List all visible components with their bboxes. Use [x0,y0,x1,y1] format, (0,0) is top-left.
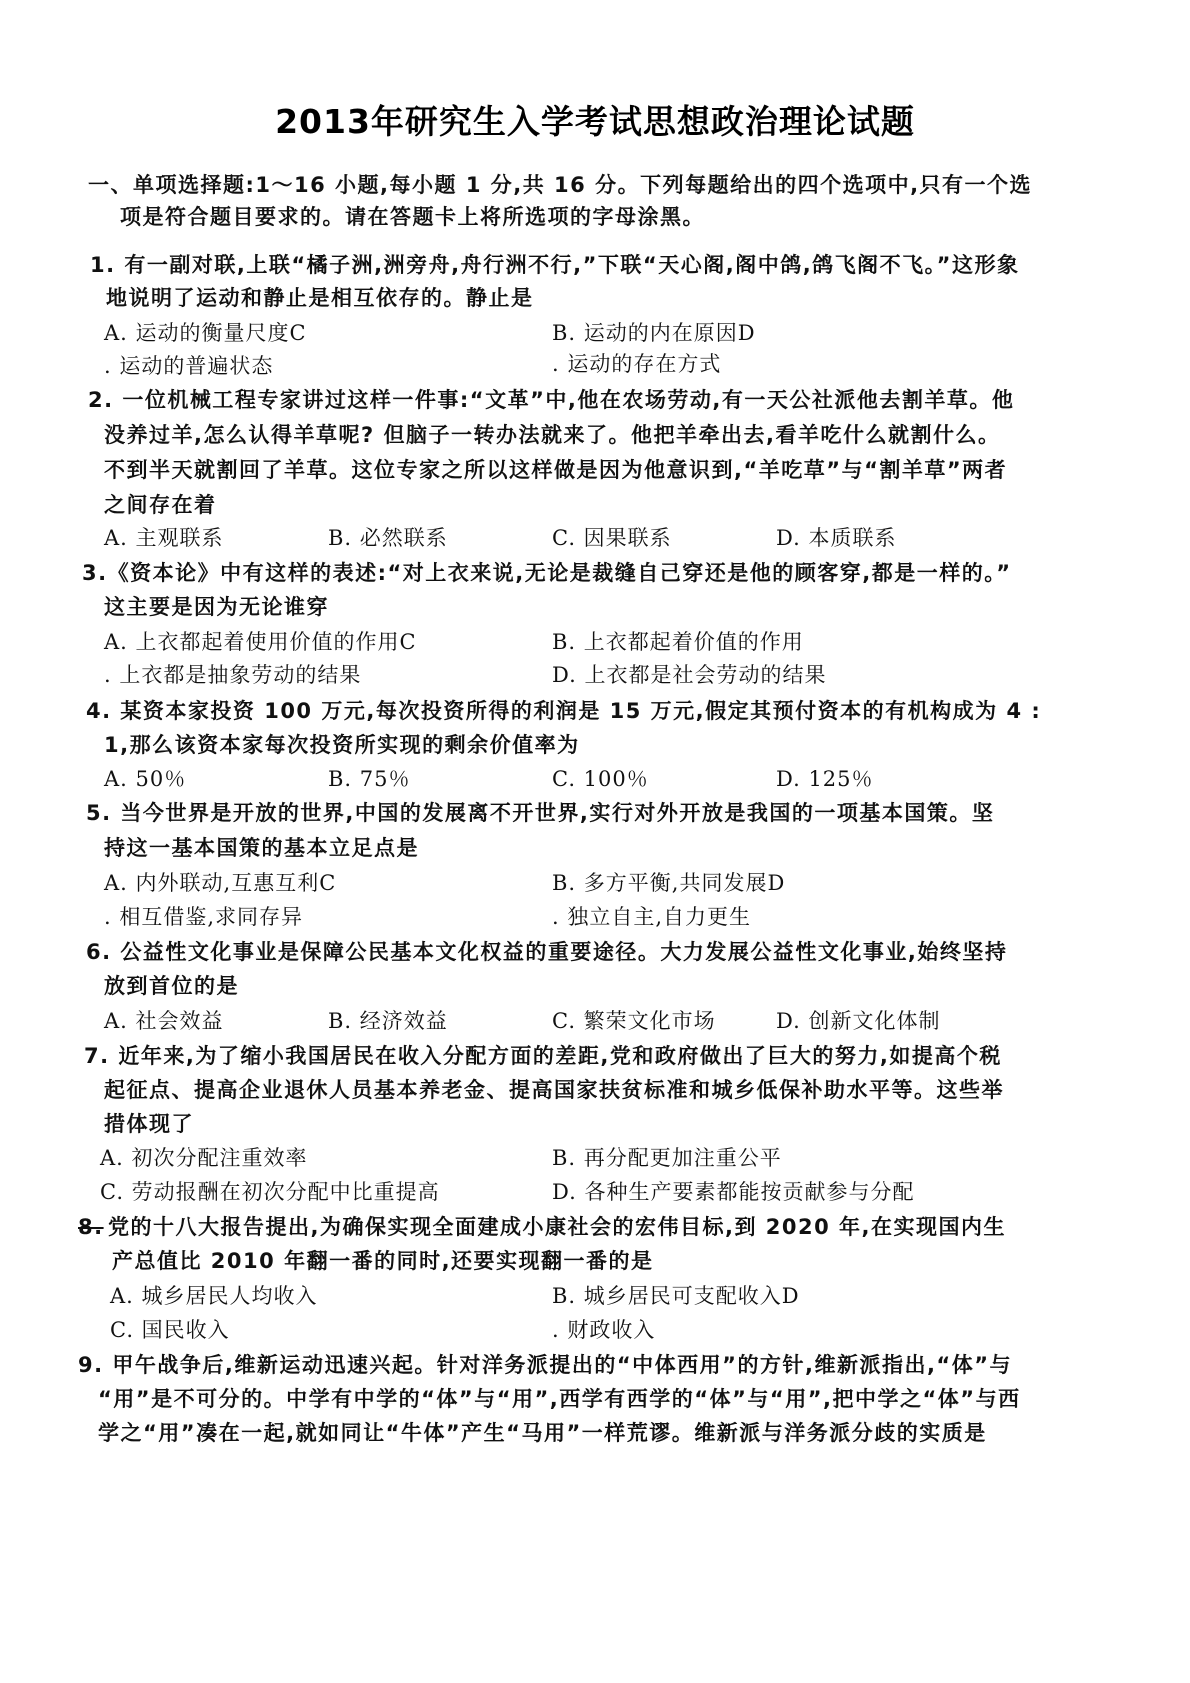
question-stem: 起征点、提高企业退休人员基本养老金、提高国家扶贫标准和城乡低保补助水平等。这些举 [104,1075,1004,1105]
option-b: B. 再分配更加注重公平 [552,1143,782,1173]
question-stem: 1. 有一副对联,上联“橘子洲,洲旁舟,舟行洲不行,”下联“天心阁,阁中鸽,鸽飞… [90,250,1019,280]
option-d: . 独立自主,自力更生 [552,902,751,932]
question-stem: 措体现了 [104,1109,194,1139]
option-b: B. 运动的内在原因D [552,318,756,348]
option-b: B. 多方平衡,共同发展D [552,868,785,898]
question-stem: 持这一基本国策的基本立足点是 [104,833,419,863]
question-stem: 党的十八大报告提出,为确保实现全面建成小康社会的宏伟目标,到 2020 年,在实… [108,1212,1006,1242]
option-d: . 运动的存在方式 [552,349,721,379]
option-a: A. 上衣都起着使用价值的作用C [104,627,417,657]
option-a: A. 社会效益 [104,1006,224,1036]
option-b: B. 城乡居民可支配收入D [552,1281,800,1311]
option-d: D. 创新文化体制 [776,1006,940,1036]
option-a: A. 内外联动,互惠互利C [104,868,336,898]
option-a: A. 城乡居民人均收入 [110,1281,318,1311]
option-d: D. 各种生产要素都能按贡献参与分配 [552,1177,914,1207]
question-stem: 3.《资本论》中有这样的表述:“对上衣来说,无论是裁缝自己穿还是他的顾客穿,都是… [82,558,1012,588]
section-heading-line1: 一、单项选择题:1～16 小题,每小题 1 分,共 16 分。下列每题给出的四个… [88,170,1032,200]
option-c: C. 因果联系 [552,523,672,553]
option-b: B. 必然联系 [328,523,448,553]
option-c: . 运动的普遍状态 [104,351,273,381]
option-a: A. 初次分配注重效率 [100,1143,308,1173]
option-c: C. 繁荣文化市场 [552,1006,716,1036]
option-b: B. 经济效益 [328,1006,448,1036]
question-stem: 产总值比 2010 年翻一番的同时,还要实现翻一番的是 [112,1246,654,1276]
option-c: . 相互借鉴,求同存异 [104,902,303,932]
question-stem: “用”是不可分的。中学有中学的“体”与“用”,西学有西学的“体”与“用”,把中学… [98,1384,1021,1414]
option-d: D. 上衣都是社会劳动的结果 [552,660,826,690]
question-stem: 2. 一位机械工程专家讲过这样一件事:“文革”中,他在农场劳动,有一天公社派他去… [88,385,1014,415]
question-stem: 放到首位的是 [104,971,239,1001]
question-stem: 7. 近年来,为了缩小我国居民在收入分配方面的差距,党和政府做出了巨大的努力,如… [84,1041,1002,1071]
exam-title: 2013年研究生入学考试思想政治理论试题 [0,96,1190,143]
option-d: D. 125％ [776,764,874,794]
option-a: A. 运动的衡量尺度C [104,318,307,348]
question-stem: 9. 甲午战争后,维新运动迅速兴起。针对洋务派提出的“中体西用”的方针,维新派指… [78,1350,1012,1380]
option-c: C. 劳动报酬在初次分配中比重提高 [100,1177,440,1207]
question-stem: 之间存在着 [104,490,217,520]
option-d: . 财政收入 [552,1315,655,1345]
option-b: B. 75％ [328,764,411,794]
question-stem: 1,那么该资本家每次投资所实现的剩余价值率为 [104,730,580,760]
option-a: A. 主观联系 [104,523,224,553]
question-stem: 5. 当今世界是开放的世界,中国的发展离不开世界,实行对外开放是我国的一项基本国… [86,798,994,828]
option-c: C. 100％ [552,764,649,794]
question-stem: 没养过羊,怎么认得羊草呢? 但脑子一转办法就来了。他把羊牵出去,看羊吃什么就割什… [104,420,1000,450]
question-stem: 6. 公益性文化事业是保障公民基本文化权益的重要途径。大力发展公益性文化事业,始… [86,937,1007,967]
section-heading-line2: 项是符合题目要求的。请在答题卡上将所选项的字母涂黑。 [120,202,705,232]
question-number: 8. [78,1212,104,1242]
question-stem: 地说明了运动和静止是相互依存的。静止是 [106,283,534,313]
option-b: B. 上衣都起着价值的作用 [552,627,804,657]
option-d: D. 本质联系 [776,523,896,553]
option-c: . 上衣都是抽象劳动的结果 [104,660,361,690]
question-stem: 4. 某资本家投资 100 万元,每次投资所得的利润是 15 万元,假定其预付资… [86,696,1041,726]
question-stem: 不到半天就割回了羊草。这位专家之所以这样做是因为他意识到,“羊吃草”与“割羊草”… [104,455,1007,485]
question-stem: 这主要是因为无论谁穿 [104,592,329,622]
option-a: A. 50％ [104,764,186,794]
option-c: C. 国民收入 [110,1315,230,1345]
question-stem: 学之“用”凑在一起,就如同让“牛体”产生“马用”一样荒谬。维新派与洋务派分歧的实… [98,1418,987,1448]
